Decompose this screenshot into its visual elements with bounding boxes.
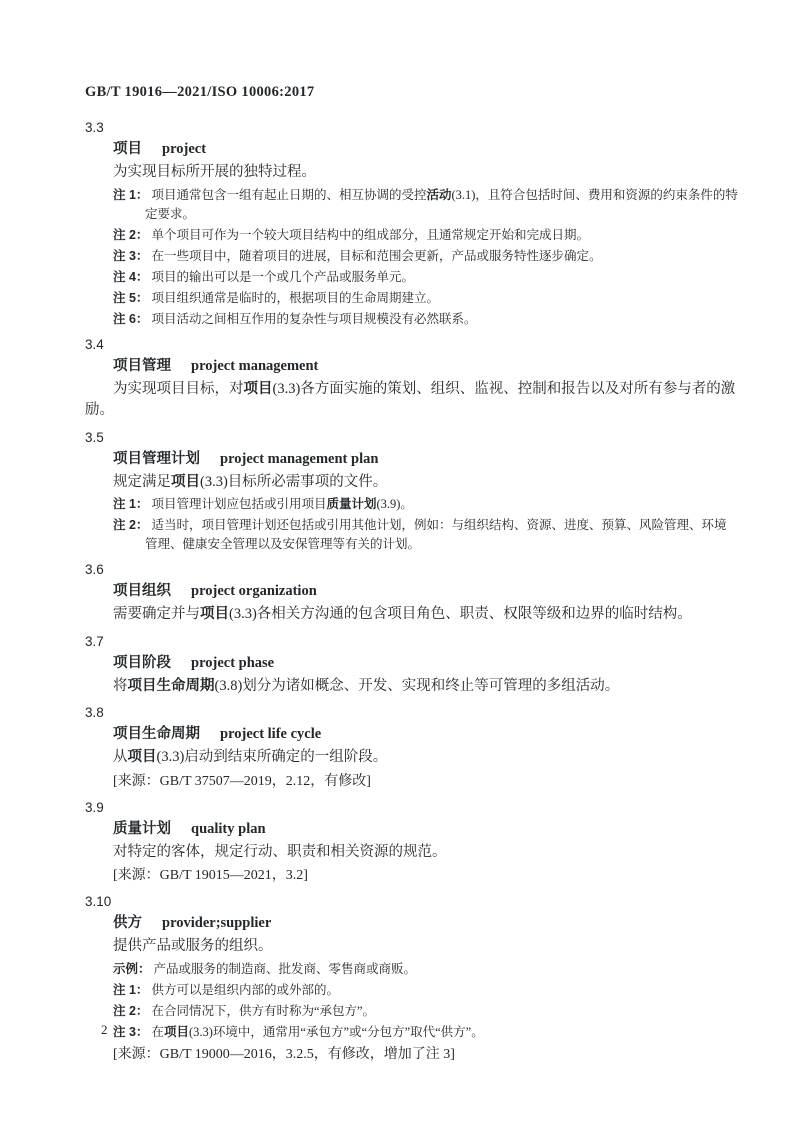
source-line: [来源：GB/T 19000—2016，3.2.5，有修改，增加了注 3] [85,1044,738,1065]
section-number: 3.8 [85,702,738,723]
standard-number-header: GB/T 19016—2021/ISO 10006:2017 [85,84,314,101]
text-run: 对特定的客体，规定行动、职责和相关资源的规范。 [113,844,447,860]
definition-text: 对特定的客体，规定行动、职责和相关资源的规范。 [85,842,738,864]
definition-text: 提供产品或服务的组织。 [85,936,738,958]
text-run: 项目通常包含一组有起止日期的、相互协调的受控 [151,188,426,202]
term-section: 3.3项目project为实现目标所开展的独特过程。注 1：项目通常包含一组有起… [85,117,738,329]
note-label: 注 3： [113,249,148,263]
term-section: 3.8项目生命周期project life cycle从项目(3.3)启动到结束… [85,702,738,792]
definition-text: 需要确定并与项目(3.3)各相关方沟通的包含项目角色、职责、权限等级和边界的临时… [85,604,738,626]
text-run: 为实现项目目标，对 [113,381,244,397]
text-run: 规定满足 [113,474,171,490]
note-line: 注 3：在项目(3.3)环境中，通常用“承包方”或“分包方”取代“供方”。 [85,1023,738,1042]
text-run: 将 [113,678,128,694]
bold-term-reference: 项目 [171,474,200,490]
bold-term-reference: 项目 [200,606,229,622]
bold-term-reference: 项目生命周期 [128,678,215,694]
document-page: GB/T 19016—2021/ISO 10006:2017 3.3项目proj… [0,0,794,1123]
text-run: (3.3)启动到结束所确定的一组阶段。 [157,749,388,765]
term-english: project organization [191,583,317,599]
note-line: 注 2：单个项目可作为一个较大项目结构中的组成部分，且通常规定开始和完成日期。 [85,226,738,245]
text-run: (3.9)。 [376,497,412,511]
section-number: 3.10 [85,891,738,912]
term-section: 3.5项目管理计划project management plan规定满足项目(3… [85,427,738,555]
term-heading: 项目管理计划project management plan [85,448,738,471]
note-line: 注 6：项目活动之间相互作用的复杂性与项目规模没有必然联系。 [85,310,738,329]
term-heading: 项目管理project management [85,355,738,378]
text-run: 从 [113,749,128,765]
note-label: 注 2： [113,228,148,242]
note-label: 注 5： [113,291,148,305]
note-line: 注 2：适当时，项目管理计划还包括或引用其他计划，例如：与组织结构、资源、进度、… [85,516,738,554]
text-run: (3.3)目标所必需事项的文件。 [200,474,387,490]
term-heading: 质量计划quality plan [85,818,738,841]
source-line: [来源：GB/T 19015—2021，3.2] [85,865,738,886]
note-line: 注 2：在合同情况下，供方有时称为“承包方”。 [85,1002,738,1021]
definition-text: 从项目(3.3)启动到结束所确定的一组阶段。 [85,747,738,769]
term-section: 3.9质量计划quality plan对特定的客体，规定行动、职责和相关资源的规… [85,797,738,887]
note-label: 注 4： [113,270,148,284]
text-run: 项目活动之间相互作用的复杂性与项目规模没有必然联系。 [151,312,476,326]
term-chinese: 项目管理计划 [113,451,200,467]
example-line: 示例：产品或服务的制造商、批发商、零售商或商贩。 [85,960,738,979]
note-label: 注 1： [113,188,148,202]
term-english: project [162,141,206,157]
bold-term-reference: 项目 [128,749,157,765]
bold-term-reference: 质量计划 [326,497,376,511]
term-english: quality plan [191,821,266,837]
section-number: 3.4 [85,334,738,355]
term-english: project life cycle [220,726,321,742]
note-line: 注 1：项目管理计划应包括或引用项目质量计划(3.9)。 [85,495,738,514]
text-run: (3.3)环境中，通常用“承包方”或“分包方”取代“供方”。 [189,1025,484,1039]
term-section: 3.4项目管理project management为实现项目目标，对项目(3.3… [85,334,738,422]
note-label: 注 6： [113,312,148,326]
text-run: [来源：GB/T 19000—2016，3.2.5，有修改，增加了注 3] [113,1047,455,1062]
term-english: project management [191,358,318,374]
terms-and-definitions-content: 3.3项目project为实现目标所开展的独特过程。注 1：项目通常包含一组有起… [85,112,738,1067]
source-line: [来源：GB/T 37507—2019，2.12，有修改] [85,771,738,792]
text-run: 项目的输出可以是一个或几个产品或服务单元。 [151,270,414,284]
text-run: 需要确定并与 [113,606,200,622]
definition-text: 规定满足项目(3.3)目标所必需事项的文件。 [85,472,738,494]
text-run: 项目管理计划应包括或引用项目 [151,497,326,511]
bold-term-reference: 活动 [426,188,451,202]
section-number: 3.9 [85,797,738,818]
text-run: 为实现目标所开展的独特过程。 [113,164,316,180]
text-run: 在 [151,1025,164,1039]
term-chinese: 项目管理 [113,358,171,374]
term-heading: 项目组织project organization [85,580,738,603]
term-chinese: 项目阶段 [113,655,171,671]
term-english: project phase [191,655,274,671]
text-run: (3.8)划分为诸如概念、开发、实现和终止等可管理的多组活动。 [215,678,620,694]
term-chinese: 项目 [113,141,142,157]
term-english: provider;supplier [162,915,271,931]
note-line: 注 4：项目的输出可以是一个或几个产品或服务单元。 [85,268,738,287]
section-number: 3.5 [85,427,738,448]
text-run: 单个项目可作为一个较大项目结构中的组成部分，且通常规定开始和完成日期。 [151,228,589,242]
term-heading: 供方provider;supplier [85,912,738,935]
term-chinese: 供方 [113,915,142,931]
term-heading: 项目project [85,138,738,161]
page-number: 2 [101,1022,108,1038]
note-label: 注 2： [113,518,148,532]
text-run: 在一些项目中，随着项目的进展，目标和范围会更新，产品或服务特性逐步确定。 [151,249,601,263]
term-chinese: 项目生命周期 [113,726,200,742]
term-heading: 项目阶段project phase [85,652,738,675]
note-line: 注 5：项目组织通常是临时的，根据项目的生命周期建立。 [85,289,738,308]
note-label: 注 1： [113,983,148,997]
term-section: 3.10供方provider;supplier提供产品或服务的组织。示例：产品或… [85,891,738,1065]
text-run: 在合同情况下，供方有时称为“承包方”。 [151,1004,375,1018]
note-line: 注 1：供方可以是组织内部的或外部的。 [85,981,738,1000]
text-run: 供方可以是组织内部的或外部的。 [151,983,339,997]
text-run: (3.3)各相关方沟通的包含项目角色、职责、权限等级和边界的临时结构。 [229,606,692,622]
definition-text: 将项目生命周期(3.8)划分为诸如概念、开发、实现和终止等可管理的多组活动。 [85,676,738,698]
term-english: project management plan [220,451,378,467]
note-label: 注 3： [113,1025,148,1039]
note-label: 注 2： [113,1004,148,1018]
term-chinese: 质量计划 [113,821,171,837]
note-label: 注 1： [113,497,148,511]
definition-text: 为实现目标所开展的独特过程。 [85,162,738,184]
text-run: 提供产品或服务的组织。 [113,938,273,954]
note-line: 注 3：在一些项目中，随着项目的进展，目标和范围会更新，产品或服务特性逐步确定。 [85,247,738,266]
section-number: 3.3 [85,117,738,138]
term-chinese: 项目组织 [113,583,171,599]
section-number: 3.7 [85,631,738,652]
text-run: 项目组织通常是临时的，根据项目的生命周期建立。 [151,291,439,305]
section-number: 3.6 [85,559,738,580]
bold-term-reference: 项目 [164,1025,189,1039]
term-heading: 项目生命周期project life cycle [85,723,738,746]
text-run: 产品或服务的制造商、批发商、零售商或商贩。 [154,962,417,976]
term-section: 3.6项目组织project organization需要确定并与项目(3.3)… [85,559,738,626]
note-line: 注 1：项目通常包含一组有起止日期的、相互协调的受控活动(3.1)，且符合包括时… [85,186,738,224]
text-run: [来源：GB/T 37507—2019，2.12，有修改] [113,774,371,789]
bold-term-reference: 项目 [244,381,273,397]
text-run: [来源：GB/T 19015—2021，3.2] [113,868,308,883]
text-run: 适当时，项目管理计划还包括或引用其他计划，例如：与组织结构、资源、进度、预算、风… [145,518,726,551]
definition-text: 为实现项目目标，对项目(3.3)各方面实施的策划、组织、监视、控制和报告以及对所… [85,379,738,422]
example-label: 示例： [113,962,151,976]
term-section: 3.7项目阶段project phase将项目生命周期(3.8)划分为诸如概念、… [85,631,738,698]
